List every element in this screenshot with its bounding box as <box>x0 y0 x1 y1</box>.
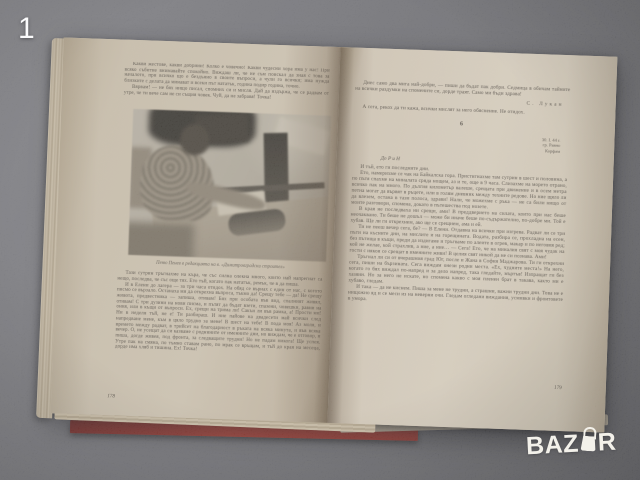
section-number: 6 <box>354 118 569 131</box>
book-pages: Какви жестове, какви добрини! Колко е чо… <box>51 37 618 432</box>
left-page-content: Какви жестове, какви добрини! Колко е чо… <box>53 37 341 358</box>
book-right-page: Днес само два мига най-добри, — пиши да … <box>327 47 617 432</box>
open-book: Какви жестове, какви добрини! Колко е чо… <box>51 37 618 432</box>
photo-press-device <box>263 133 288 208</box>
watermark-text-left: BAZ <box>525 430 579 461</box>
photo-shadow <box>128 221 194 262</box>
listing-photo: 1 Какви жестове, какви добрини! Колко е … <box>0 0 640 480</box>
photo-index-badge: 1 <box>18 12 35 46</box>
page-number-left: 178 <box>107 393 115 399</box>
photo-caption: Пеню Пенев в редакцията на в. «Димитровг… <box>118 260 323 272</box>
bazar-watermark: BAZR <box>525 428 617 462</box>
book-left-page: Какви жестове, какви добрини! Колко е чо… <box>51 37 341 422</box>
book-photo <box>128 109 331 262</box>
paragraph: И в Елени до лагера — за три часа отидох… <box>115 282 322 358</box>
photo-person-head <box>179 124 210 156</box>
page-number-right: 179 <box>554 385 562 391</box>
watermark-text-right: R <box>597 428 617 457</box>
right-page-content: Днес само два мига най-добри, — пиши да … <box>332 47 618 310</box>
shopping-bag-icon <box>579 434 597 452</box>
